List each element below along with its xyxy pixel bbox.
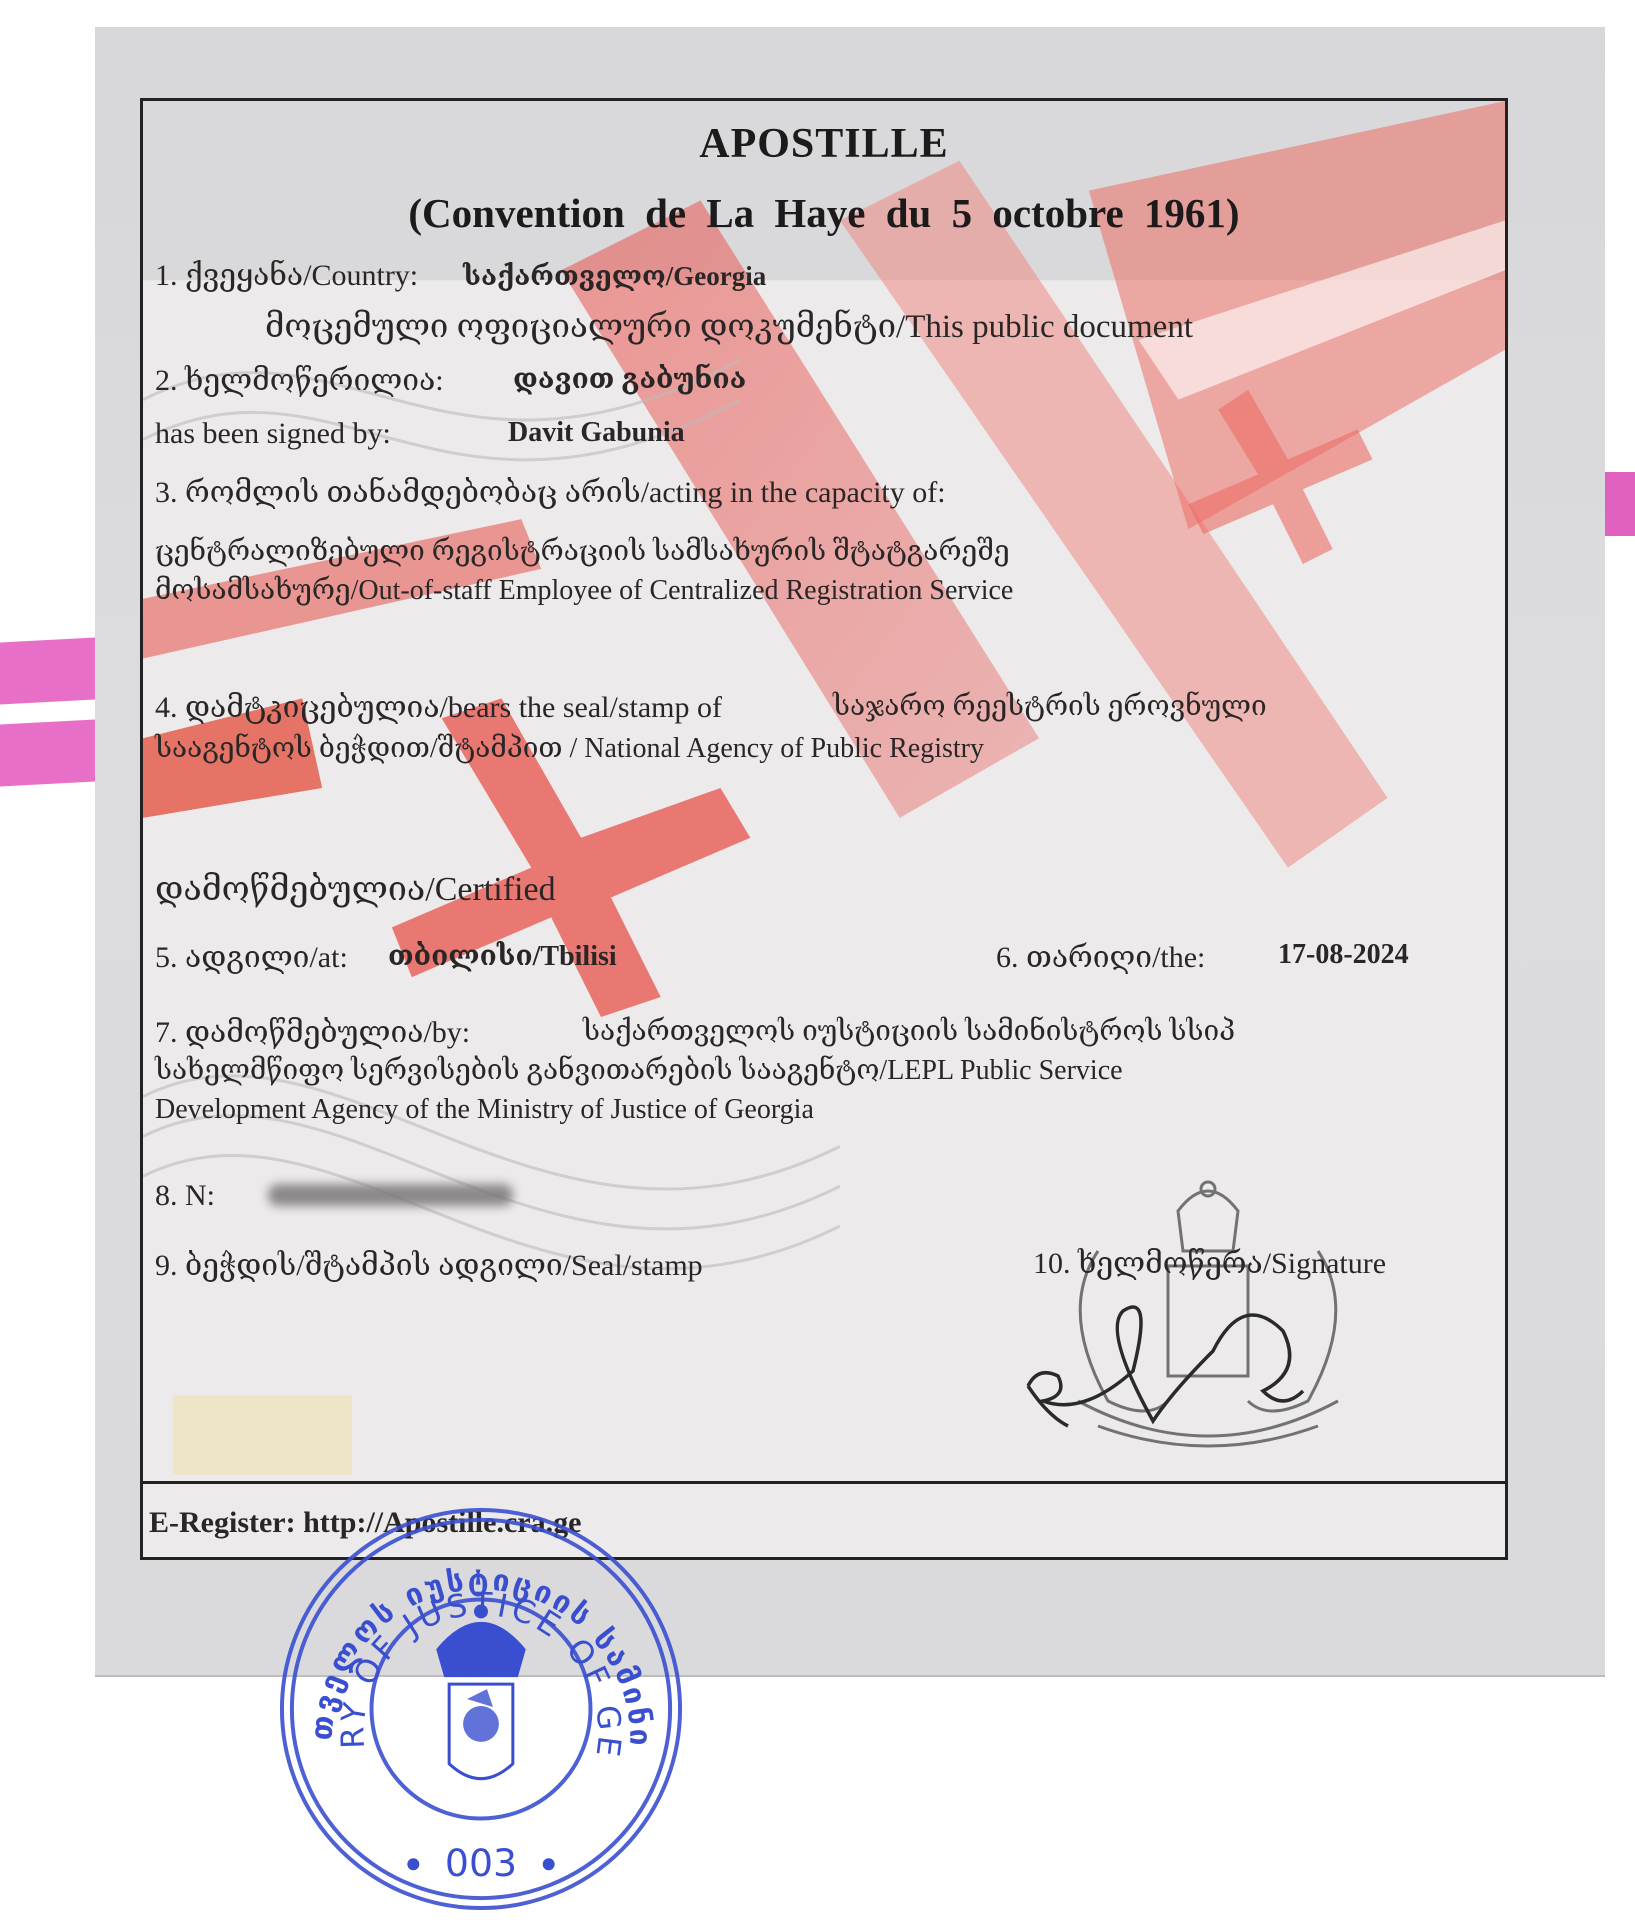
signature-label: 10. ხელმოწერა/Signature — [1033, 1249, 1386, 1279]
apostille-form: APOSTILLE (Convention de La Haye du 5 oc… — [140, 98, 1508, 1560]
seal-value-line-2: სააგენტოს ბეჭდით/შტამპით / National Agen… — [155, 735, 984, 763]
certified-by-line-2: სახელმწიფო სერვისების განვითარების სააგე… — [155, 1057, 1123, 1085]
ministry-stamp-icon: საქართველოს იუსტიციის სამინისტრო MINISTR… — [272, 1500, 690, 1918]
place-value: თბილისი/Tbilisi — [388, 943, 617, 971]
certified-by-label: 7. დამოწმებულია/by: — [155, 1018, 470, 1048]
date-value: 17-08-2024 — [1278, 941, 1409, 969]
divider — [143, 1481, 1505, 1484]
signed-by-value-ka: დავით გაბუნია — [513, 366, 746, 394]
public-document-label: მოცემული ოფიციალური დოკუმენტი/This publi… — [265, 311, 1193, 344]
redacted-number — [268, 1184, 513, 1206]
stamp-number: 003 — [445, 1841, 517, 1885]
document-subtitle: (Convention de La Haye du 5 octobre 1961… — [143, 193, 1505, 234]
place-label: 5. ადგილი/at: — [155, 943, 348, 973]
signed-by-value-en: Davit Gabunia — [508, 419, 685, 447]
certified-by-line-3: Development Agency of the Ministry of Ju… — [155, 1096, 814, 1124]
seal-value-line-1: საჯარო რეესტრის ეროვნული — [833, 693, 1267, 721]
capacity-label: 3. რომლის თანამდებობაც არის/acting in th… — [155, 478, 946, 508]
signed-by-label-ka: 2. ხელმოწერილია: — [155, 366, 444, 396]
capacity-line-1: ცენტრალიზებული რეგისტრაციის სამსახურის შ… — [155, 538, 1010, 566]
pink-ribbon — [0, 638, 95, 705]
pink-ribbon — [0, 720, 95, 787]
certified-heading: დამოწმებულია/Certified — [155, 873, 556, 907]
seal-place-label: 9. ბეჭდის/შტამპის ადგილი/Seal/stamp — [155, 1251, 703, 1281]
coat-of-arms-icon — [1008, 1171, 1408, 1471]
date-label: 6. თარიღი/the: — [996, 943, 1205, 973]
country-value: საქართველო/Georgia — [463, 263, 766, 290]
pink-ribbon — [1605, 472, 1635, 536]
number-label: 8. N: — [155, 1181, 215, 1211]
certified-by-line-1: საქართველოს იუსტიციის სამინისტროს სსიპ — [583, 1018, 1235, 1046]
signed-by-label-en: has been signed by: — [155, 419, 391, 449]
document-title: APOSTILLE — [143, 123, 1505, 165]
seal-label: 4. დამტკიცებულია/bears the seal/stamp of — [155, 693, 722, 723]
capacity-line-2: მოსამსახურე/Out-of-staff Employee of Cen… — [155, 577, 1013, 605]
country-label: 1. ქვეყანა/Country: — [155, 261, 418, 291]
